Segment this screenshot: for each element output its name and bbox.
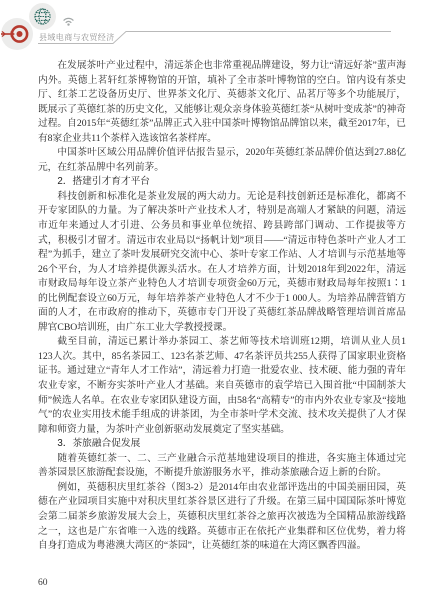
body-paragraph: 中国茶叶区域公用品牌价值评估报告显示，2020年英德红茶品牌价值达到27.88亿… <box>38 146 406 175</box>
signal-icon <box>62 15 75 27</box>
book-page: 县域电商与农贸经济 在发展茶叶产业过程中，清远茶企也非常重视品牌建设，努力让“清… <box>0 0 427 603</box>
globe-icon <box>29 3 56 30</box>
running-head-title: 县域电商与农贸经济 <box>39 32 239 43</box>
page-number: 60 <box>38 578 48 588</box>
body-paragraph: 随着英德红茶一、二、三产业融合示范基地建设项目的推进，各实施主体通过完善茶园景区… <box>38 452 406 481</box>
top-logo-circle <box>29 3 56 30</box>
body-paragraph: 在发展茶叶产业过程中，清远茶企也非常重视品牌建设，努力让“清远好茶”蜚声海内外。… <box>38 59 406 146</box>
section-heading: 3．茶旅融合促发展 <box>38 437 406 452</box>
section-heading: 2．搭建引才育才平台 <box>38 175 406 190</box>
body-paragraph: 科技创新和标准化是茶业发展的两大动力。无论是科技创新还是标准化，都离不开专家团队… <box>38 190 406 335</box>
body-paragraph: 例如，英德积庆里红茶谷（图3-2）是2014年由农业部评选出的中国美丽田园，英德… <box>38 481 406 554</box>
body-text-column: 在发展茶叶产业过程中，清远茶企也非常重视品牌建设，努力让“清远好茶”蜚声海内外。… <box>38 59 406 554</box>
body-paragraph: 截至目前，清远已累计举办茶园工、茶艺师等技术培训班12期，培训从业人员1 123… <box>38 335 406 437</box>
